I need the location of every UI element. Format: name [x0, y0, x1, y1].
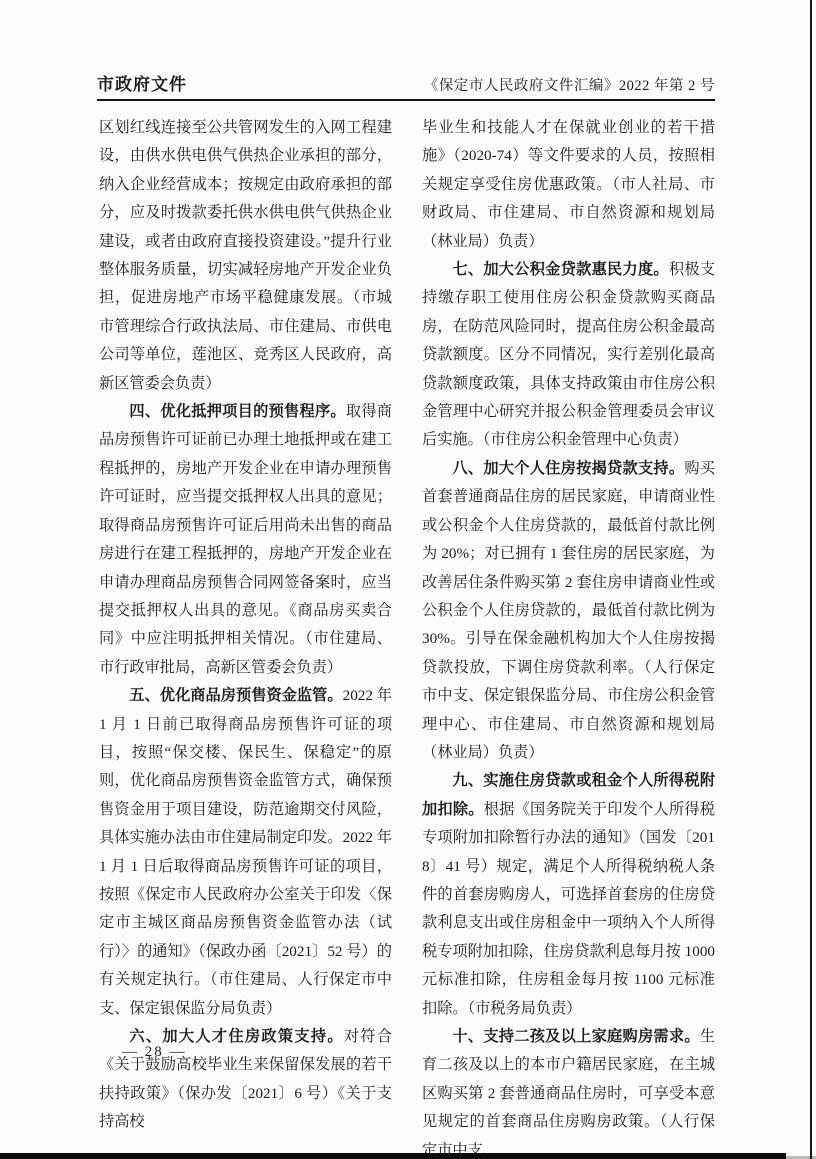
paragraph-section-10: 十、支持二孩及以上家庭购房需求。生育二孩及以上的本市户籍居民家庭，在主城区购买第… — [422, 1023, 715, 1159]
paragraph-section-7: 七、加大公积金贷款惠民力度。积极支持缴存职工使用住房公积金贷款购买商品房，在防范… — [422, 256, 715, 455]
paragraph-text: 生育二孩及以上的本市户籍居民家庭，在主城区购买第 2 套普通商品住房时，可享受本… — [422, 1028, 715, 1159]
scan-artifact-right-edge — [810, 0, 812, 1159]
paragraph-text: 购买首套普通商品住房的居民家庭，申请商业性或公积金个人住房贷款的，最低首付款比例… — [422, 460, 715, 761]
paragraph-text: 根据《国务院关于印发个人所得税专项附加扣除暂行办法的通知》（国发〔2018〕41… — [422, 801, 715, 1017]
paragraph-text: 2022 年 1 月 1 日前已取得商品房预售许可证的项目，按照“保交楼、保民生… — [99, 687, 392, 1016]
document-page: 市政府文件 《保定市人民政府文件汇编》2022 年第 2 号 区划红线连接至公共… — [0, 0, 816, 1159]
header-left-title: 市政府文件 — [97, 70, 187, 95]
paragraph-text: 区划红线连接至公共管网发生的入网工程建设，由供水供电供气供热企业承担的部分，纳入… — [99, 119, 392, 392]
paragraph-heading: 十、支持二孩及以上家庭购房需求。 — [452, 1028, 699, 1045]
paragraph-heading: 七、加大公积金贷款惠民力度。 — [452, 261, 669, 278]
header-right-title: 《保定市人民政府文件汇编》2022 年第 2 号 — [424, 74, 715, 95]
paragraph-text: 毕业生和技能人才在保就业创业的若干措施》（2020-74）等文件要求的人员，按照… — [422, 119, 715, 250]
paragraph-section-5: 五、优化商品房预售资金监管。2022 年 1 月 1 日前已取得商品房预售许可证… — [99, 682, 392, 1023]
paragraph-text: 积极支持缴存职工使用住房公积金贷款购买商品房，在防范风险同时，提高住房公积金最高… — [422, 261, 715, 448]
paragraph-section-8: 八、加大个人住房按揭贷款支持。购买首套普通商品住房的居民家庭，申请商业性或公积金… — [422, 455, 715, 767]
text-column-left: 区划红线连接至公共管网发生的入网工程建设，由供水供电供气供热企业承担的部分，纳入… — [99, 114, 392, 1159]
paragraph-continuation-section-6: 毕业生和技能人才在保就业创业的若干措施》（2020-74）等文件要求的人员，按照… — [422, 114, 715, 256]
paragraph-heading: 四、优化抵押项目的预售程序。 — [129, 403, 346, 420]
paragraph-section-4: 四、优化抵押项目的预售程序。取得商品房预售许可证前已办理土地抵押或在建工程抵押的… — [99, 398, 392, 682]
page-header: 市政府文件 《保定市人民政府文件汇编》2022 年第 2 号 — [97, 70, 715, 95]
paragraph-section-6: 六、加大人才住房政策支持。对符合《关于鼓励高校毕业生来保留保发展的若干扶持政策》… — [99, 1023, 392, 1137]
scan-artifact-bottom-edge — [0, 1153, 786, 1159]
paragraph-continuation-section-3: 区划红线连接至公共管网发生的入网工程建设，由供水供电供气供热企业承担的部分，纳入… — [99, 114, 392, 398]
paragraph-section-9: 九、实施住房贷款或租金个人所得税附加扣除。根据《国务院关于印发个人所得税专项附加… — [422, 767, 715, 1023]
paragraph-heading: 六、加大人才住房政策支持。 — [129, 1028, 343, 1045]
text-column-right: 毕业生和技能人才在保就业创业的若干措施》（2020-74）等文件要求的人员，按照… — [422, 114, 715, 1159]
document-body: 区划红线连接至公共管网发生的入网工程建设，由供水供电供气供热企业承担的部分，纳入… — [99, 114, 715, 1159]
page-number: — 28 — — [122, 1044, 187, 1061]
paragraph-text: 取得商品房预售许可证前已办理土地抵押或在建工程抵押的，房地产开发企业在申请办理预… — [99, 403, 392, 676]
paragraph-heading: 五、优化商品房预售资金监管。 — [129, 687, 342, 704]
header-rule — [97, 99, 715, 101]
paragraph-heading: 八、加大个人住房按揭贷款支持。 — [452, 460, 684, 477]
